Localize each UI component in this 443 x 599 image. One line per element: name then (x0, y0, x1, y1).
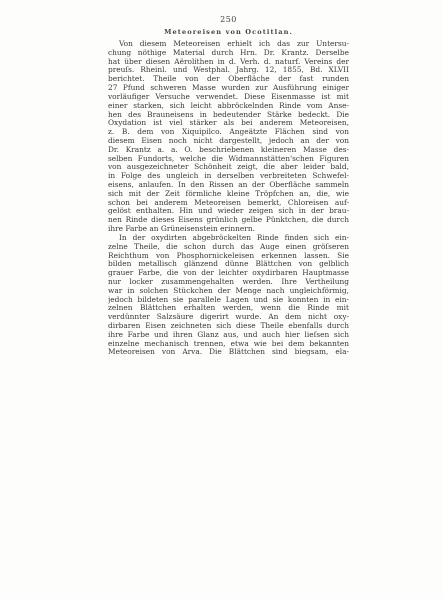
text-line: zelne Theile, die schon durch das Auge e… (108, 243, 349, 252)
text-line: In der oxydirten abgebröckelten Rinde fi… (108, 234, 349, 243)
text-line: diesem Eisen noch nicht dargestellt, jed… (108, 137, 349, 146)
text-line: 27 Pfund schweren Masse wurden zur Ausfü… (108, 84, 349, 93)
text-line: Dr. Krantz a. a. O. beschriebenen kleine… (108, 146, 349, 155)
section-heading: Meteoreisen von Ocotitlan. (108, 28, 349, 36)
text-line: z. B. dem von Xiquipilco. Angeätzte Fläc… (108, 128, 349, 137)
text-line: preuſs. Rheinl. und Westphal. Jahrg. 12,… (108, 66, 349, 75)
text-line: einzelne mechanisch trennen, etwa wie be… (108, 340, 349, 349)
text-line: schon bei anderem Meteoreisen bemerkt, C… (108, 199, 349, 208)
text-line: einer starken, sich leicht abbröckelnden… (108, 102, 349, 111)
text-line: vorläufiger Versuche verwendet. Diese Ei… (108, 93, 349, 102)
body-text: Von diesem Meteoreisen erhielt ich das z… (108, 40, 349, 357)
text-line: ihre Farbe und ihren Glanz aus, und auch… (108, 331, 349, 340)
text-line: Meteoreisen von Arva. Die Blättchen sind… (108, 348, 349, 357)
text-line: selben Fundorts, welche die Widmannstätt… (108, 155, 349, 164)
text-line: chung nöthige Material durch Hrn. Dr. Kr… (108, 49, 349, 58)
text-line: Oxydation ist viel stärker als bei ander… (108, 119, 349, 128)
text-line: nen Rinde dieses Eisens grünlich gelbe P… (108, 216, 349, 225)
text-line: Reichthum von Phosphornickeleisen erkenn… (108, 252, 349, 261)
text-line: sich mit der Zeit förmliche kleine Tröpf… (108, 190, 349, 199)
text-line: zelnen Blättchen erhalten werden, wenn d… (108, 304, 349, 313)
text-line: in Folge des ungleich in derselben verbr… (108, 172, 349, 181)
book-page: 250 Meteoreisen von Ocotitlan. Von diese… (0, 0, 443, 599)
text-line: dirbaren Eisen zeichneten sich diese The… (108, 322, 349, 331)
page-number: 250 (108, 15, 349, 24)
text-line: verdünnter Salzsäure digerirt wurde. An … (108, 313, 349, 322)
text-line: Von diesem Meteoreisen erhielt ich das z… (108, 40, 349, 49)
text-line: hen des Brauneisens in bedeutender Stärk… (108, 111, 349, 120)
text-line: jedoch bildeten sie parallele Lagen und … (108, 296, 349, 305)
text-line: eisens, anlaufen. In den Rissen an der O… (108, 181, 349, 190)
text-line: bilden metallisch glänzend dünne Blättch… (108, 260, 349, 269)
text-line: ihre Farbe an Grüneisenstein erinnern. (108, 225, 349, 234)
text-line: von ausgezeichneter Schönheit zeigt, die… (108, 163, 349, 172)
text-line: hat über diesen Aërolithen in d. Verh. d… (108, 58, 349, 67)
text-line: berichtet. Theile von der Oberfläche der… (108, 75, 349, 84)
text-line: nur locker zusammengehalten werden. Ihre… (108, 278, 349, 287)
text-line: war in solchen Stückchen der Menge nach … (108, 287, 349, 296)
text-line: grauer Farbe, die von der leichter oxydi… (108, 269, 349, 278)
text-line: gelöst enthalten. Hin und wieder zeigen … (108, 207, 349, 216)
